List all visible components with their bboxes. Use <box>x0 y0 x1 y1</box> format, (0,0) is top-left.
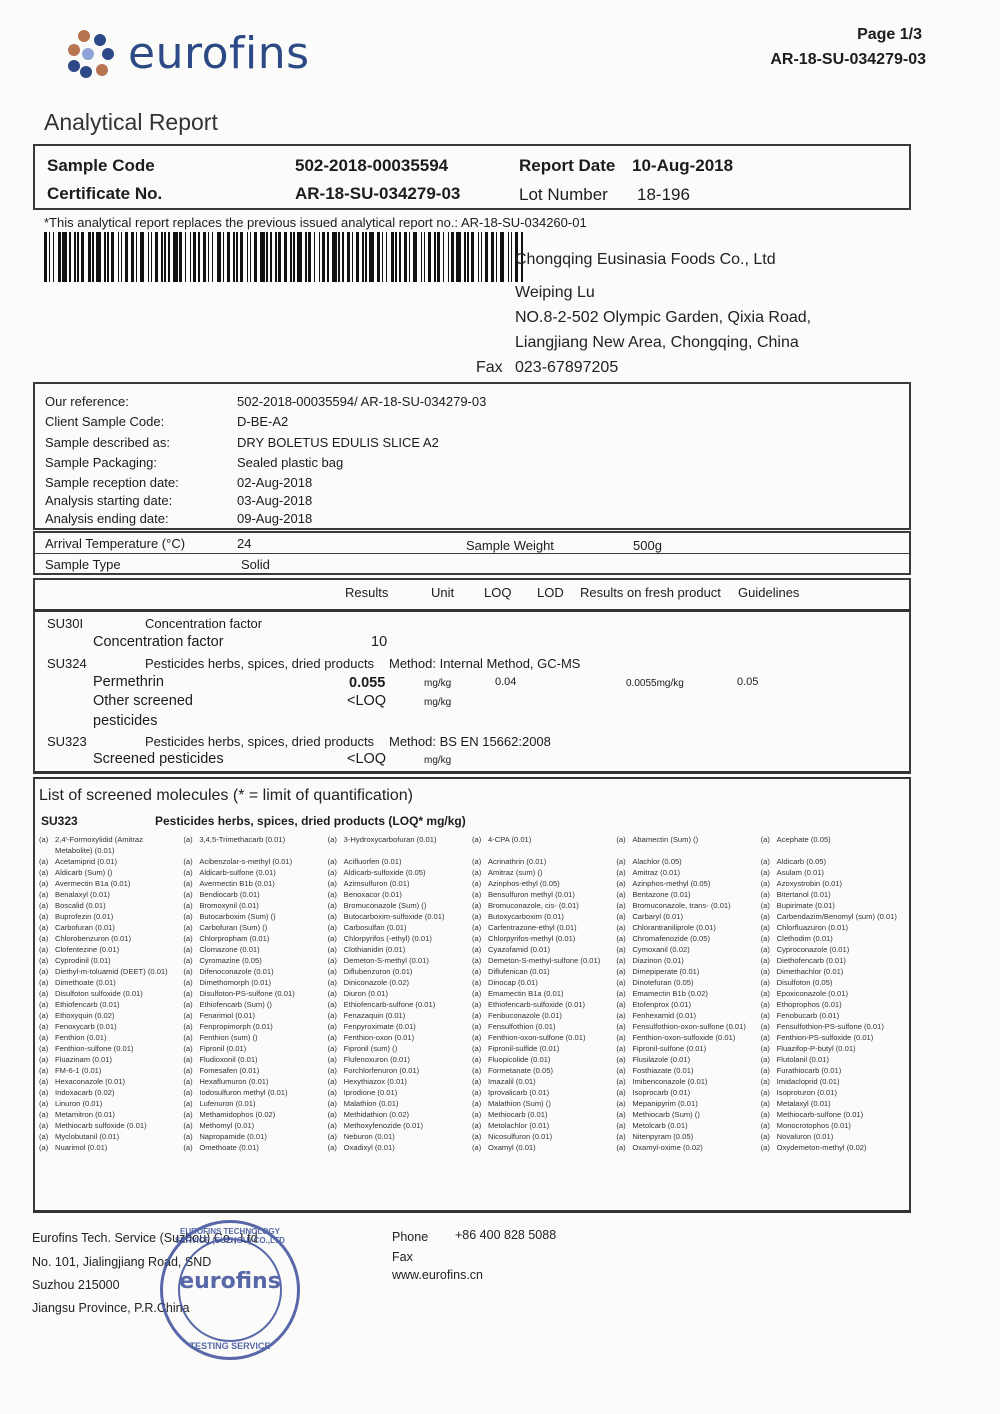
molecule-name: Azoxystrobin (0.01) <box>777 878 901 889</box>
molecule-row: (a)Boscalid (0.01)(a)Bromoxynil (0.01)(a… <box>39 900 905 911</box>
report-date-label: Report Date <box>519 156 615 176</box>
molecule-name: Fenobucarb (0.01) <box>777 1010 901 1021</box>
molecule-name: Disulfoton sulfoxide (0.01) <box>55 988 179 999</box>
molecule-marker: (a) <box>616 1021 632 1032</box>
molecule-name: Formetanate (0.05) <box>488 1065 612 1076</box>
molecule-item: (a)Ethiofencarb (Sum) () <box>183 999 327 1010</box>
other-screened-result: <LOQ <box>347 693 386 709</box>
molecule-marker: (a) <box>328 1043 344 1054</box>
molecule-row: (a)Hexaconazole (0.01)(a)Hexaflumuron (0… <box>39 1076 905 1087</box>
molecule-marker: (a) <box>183 977 199 988</box>
molecule-marker: (a) <box>761 977 777 988</box>
molecule-marker: (a) <box>472 1065 488 1076</box>
molecule-item: (a)Azoxystrobin (0.01) <box>761 878 905 889</box>
col-fresh-product: Results on fresh product <box>580 585 721 600</box>
molecule-name: Fenhexamid (0.01) <box>632 1010 756 1021</box>
molecule-marker: (a) <box>328 933 344 944</box>
sample-info-value: D-BE-A2 <box>237 414 288 429</box>
molecule-item: (a)Iprovalicarb (0.01) <box>472 1087 616 1098</box>
molecule-item: (a)Imibenconazole (0.01) <box>616 1076 760 1087</box>
molecule-name: Fipronil-sulfone (0.01) <box>632 1043 756 1054</box>
molecule-name: Ethiofencarb-sulfoxide (0.01) <box>488 999 612 1010</box>
molecule-marker: (a) <box>616 856 632 867</box>
molecule-item: (a)Demeton-S-methyl (0.01) <box>328 955 472 966</box>
molecule-marker: (a) <box>472 955 488 966</box>
molecule-item: (a)Cyprodinil (0.01) <box>39 955 183 966</box>
molecule-marker: (a) <box>183 878 199 889</box>
molecule-marker: (a) <box>183 1087 199 1098</box>
molecule-marker: (a) <box>472 1131 488 1142</box>
permethrin-unit: mg/kg <box>424 678 451 689</box>
molecule-marker: (a) <box>183 922 199 933</box>
molecule-row: (a)Fenthion-sulfone (0.01)(a)Fipronil (0… <box>39 1043 905 1054</box>
molecule-name: Oxydemeton-methyl (0.02) <box>777 1142 901 1153</box>
molecule-name: Emamectin B1a (0.01) <box>488 988 612 999</box>
su301-desc: Concentration factor <box>145 616 262 631</box>
molecule-name: Dimepiperate (0.01) <box>632 966 756 977</box>
molecule-marker: (a) <box>328 1142 344 1153</box>
arrival-temp-label: Arrival Temperature (°C) <box>45 536 185 551</box>
molecule-name: Aldicarb (Sum) () <box>55 867 179 878</box>
molecule-item: (a)4-CPA (0.01) <box>472 834 616 856</box>
molecule-marker: (a) <box>616 1076 632 1087</box>
molecule-item: (a)Furathiocarb (0.01) <box>761 1065 905 1076</box>
molecule-marker: (a) <box>39 878 55 889</box>
sample-info-value: 03-Aug-2018 <box>237 493 312 508</box>
molecule-name: Isoproturon (0.01) <box>777 1087 901 1098</box>
molecule-marker: (a) <box>761 1131 777 1142</box>
certificate-label: Certificate No. <box>47 184 162 204</box>
molecule-item: (a)Diethofencarb (0.01) <box>761 955 905 966</box>
molecule-item: (a)3,4,5-Trimethacarb (0.01) <box>183 834 327 856</box>
concentration-factor-result: 10 <box>371 634 387 650</box>
molecule-marker: (a) <box>472 856 488 867</box>
molecule-name: Fenoxycarb (0.01) <box>55 1021 179 1032</box>
molecule-marker: (a) <box>472 1087 488 1098</box>
stamp-bottom-text: TESTING SERVICE <box>163 1341 297 1351</box>
molecule-name: Fipronil (sum) () <box>344 1043 468 1054</box>
molecule-name: Diniconazole (0.02) <box>344 977 468 988</box>
molecule-name: Imibenconazole (0.01) <box>632 1076 756 1087</box>
molecule-marker: (a) <box>39 955 55 966</box>
molecule-name: Diuron (0.01) <box>344 988 468 999</box>
molecule-marker: (a) <box>39 1131 55 1142</box>
molecule-item: (a)Cymoxanil (0.02) <box>616 944 760 955</box>
molecule-name: Chlorfluazuron (0.01) <box>777 922 901 933</box>
summary-box: Sample Code 502-2018-00035594 Report Dat… <box>33 144 911 210</box>
molecule-name: Acibenzolar-s-methyl (0.01) <box>199 856 323 867</box>
molecule-item: (a)Iprodione (0.01) <box>328 1087 472 1098</box>
molecule-name: Fipronil-sulfide (0.01) <box>488 1043 612 1054</box>
molecule-item: (a)Mepanipyrim (0.01) <box>616 1098 760 1109</box>
client-fax: 023-67897205 <box>515 359 618 377</box>
molecule-marker: (a) <box>39 1021 55 1032</box>
molecule-row: (a)Avermectin B1a (0.01)(a)Avermectin B1… <box>39 878 905 889</box>
sample-type-value: Solid <box>241 557 270 572</box>
molecule-marker: (a) <box>761 1076 777 1087</box>
screened-pesticides-unit: mg/kg <box>424 755 451 766</box>
molecule-marker: (a) <box>472 878 488 889</box>
molecule-name: Dinotefuran (0.05) <box>632 977 756 988</box>
molecule-name: Clethodim (0.01) <box>777 933 901 944</box>
molecule-marker: (a) <box>39 1098 55 1109</box>
molecule-marker: (a) <box>616 966 632 977</box>
molecule-item: (a)Ethoprophos (0.01) <box>761 999 905 1010</box>
molecule-marker: (a) <box>616 834 632 856</box>
certificate-value: AR-18-SU-034279-03 <box>295 184 460 204</box>
molecule-name: Novaluron (0.01) <box>777 1131 901 1142</box>
molecule-name: Myclobutanil (0.01) <box>55 1131 179 1142</box>
molecule-marker: (a) <box>616 1087 632 1098</box>
molecule-marker: (a) <box>761 1109 777 1120</box>
molecule-marker: (a) <box>472 922 488 933</box>
client-fax-label: Fax <box>476 359 503 377</box>
molecule-marker: (a) <box>616 933 632 944</box>
molecule-marker: (a) <box>616 1043 632 1054</box>
molecule-item: (a)Clofentezine (0.01) <box>39 944 183 955</box>
molecule-item: (a)Bitertanol (0.01) <box>761 889 905 900</box>
molecule-item: (a)Diflubenzuron (0.01) <box>328 966 472 977</box>
molecule-item: (a)Disulfoton-PS-sulfone (0.01) <box>183 988 327 999</box>
molecule-item: (a)Monocrotophos (0.01) <box>761 1120 905 1131</box>
molecule-marker: (a) <box>328 999 344 1010</box>
molecule-item: (a)Ethiofencarb-sulfone (0.01) <box>328 999 472 1010</box>
molecule-name: Carbofuran (Sum) () <box>199 922 323 933</box>
molecule-item: (a)Difenoconazole (0.01) <box>183 966 327 977</box>
molecule-name: Azinphos-methyl (0.05) <box>632 878 756 889</box>
molecule-item: (a)Methiocarb (0.01) <box>472 1109 616 1120</box>
molecule-marker: (a) <box>616 867 632 878</box>
molecule-marker: (a) <box>761 1120 777 1131</box>
molecule-name: Ethiofencarb (Sum) () <box>199 999 323 1010</box>
molecule-marker: (a) <box>39 999 55 1010</box>
su323-desc: Pesticides herbs, spices, dried products <box>145 734 374 749</box>
molecule-name: Fenthion-sulfone (0.01) <box>55 1043 179 1054</box>
molecule-marker: (a) <box>472 977 488 988</box>
molecule-item: (a)Methamidophos (0.02) <box>183 1109 327 1120</box>
molecule-marker: (a) <box>39 966 55 977</box>
molecule-marker: (a) <box>616 1010 632 1021</box>
molecule-item: (a)Aldicarb (0.05) <box>761 856 905 867</box>
molecule-item: (a)Azinphos-ethyl (0.05) <box>472 878 616 889</box>
molecule-name: Methoxyfenozide (0.01) <box>344 1120 468 1131</box>
molecule-marker: (a) <box>761 966 777 977</box>
molecule-name: Hexaflumuron (0.01) <box>199 1076 323 1087</box>
molecule-name: Flufenoxuron (0.01) <box>344 1054 468 1065</box>
molecule-item: (a)Fenarimol (0.01) <box>183 1010 327 1021</box>
molecule-marker: (a) <box>39 988 55 999</box>
molecule-item: (a)Diethyl-m-toluamid (DEET) (0.01) <box>39 966 183 977</box>
molecule-name: Diethofencarb (0.01) <box>777 955 901 966</box>
molecule-marker: (a) <box>616 988 632 999</box>
molecule-name: Ethiofencarb (0.01) <box>55 999 179 1010</box>
molecule-item: (a)Alachlor (0.05) <box>616 856 760 867</box>
molecule-marker: (a) <box>472 966 488 977</box>
molecule-name: Fenthion-oxon-sulfoxide (0.01) <box>632 1032 756 1043</box>
molecule-marker: (a) <box>183 1054 199 1065</box>
molecule-item: (a)Fenazaquin (0.01) <box>328 1010 472 1021</box>
molecule-item: (a)Chlorfluazuron (0.01) <box>761 922 905 933</box>
molecule-marker: (a) <box>328 1010 344 1021</box>
molecule-item: (a)Diflufenican (0.01) <box>472 966 616 977</box>
molecule-item: (a)Demeton-S-methyl-sulfone (0.01) <box>472 955 616 966</box>
molecule-name: Oxadixyl (0.01) <box>344 1142 468 1153</box>
molecule-marker: (a) <box>328 1021 344 1032</box>
molecule-row: (a)Indoxacarb (0.02)(a)Iodosulfuron meth… <box>39 1087 905 1098</box>
molecule-row: (a)Disulfoton sulfoxide (0.01)(a)Disulfo… <box>39 988 905 999</box>
molecule-marker: (a) <box>39 944 55 955</box>
molecule-marker: (a) <box>761 911 777 922</box>
screened-pesticides-name: Screened pesticides <box>93 751 224 767</box>
molecule-item: (a)Benalaxyl (0.01) <box>39 889 183 900</box>
molecule-item: (a)Aldicarb-sulfoxide (0.05) <box>328 867 472 878</box>
molecule-marker: (a) <box>472 889 488 900</box>
molecule-marker: (a) <box>183 1109 199 1120</box>
molecule-marker: (a) <box>761 1098 777 1109</box>
molecule-marker: (a) <box>616 878 632 889</box>
molecule-marker: (a) <box>183 944 199 955</box>
molecule-marker: (a) <box>472 1010 488 1021</box>
molecule-item: (a)Clomazone (0.01) <box>183 944 327 955</box>
molecule-row: (a)2,4'-Formoxylidid (Amitraz Metabolite… <box>39 834 905 856</box>
molecule-name: Buprofezin (0.01) <box>55 911 179 922</box>
molecule-name: Disulfoton-PS-sulfone (0.01) <box>199 988 323 999</box>
molecule-marker: (a) <box>472 867 488 878</box>
molecule-marker: (a) <box>183 1142 199 1153</box>
molecule-marker: (a) <box>328 856 344 867</box>
molecule-marker: (a) <box>183 1065 199 1076</box>
arrival-temp-value: 24 <box>237 536 251 551</box>
molecule-name: Methomyl (0.01) <box>199 1120 323 1131</box>
molecule-row: (a)FM-6-1 (0.01)(a)Fomesafen (0.01)(a)Fo… <box>39 1065 905 1076</box>
molecule-name: Iodosulfuron methyl (0.01) <box>199 1087 323 1098</box>
molecule-name: Fenpyroximate (0.01) <box>344 1021 468 1032</box>
molecule-marker: (a) <box>616 977 632 988</box>
molecule-item: (a)Metolachlor (0.01) <box>472 1120 616 1131</box>
sample-weight-value: 500g <box>633 538 662 553</box>
molecule-marker: (a) <box>616 1120 632 1131</box>
molecule-name: Ethoxyquin (0.02) <box>55 1010 179 1021</box>
molecule-marker: (a) <box>761 944 777 955</box>
molecule-name: Forchlorfenuron (0.01) <box>344 1065 468 1076</box>
molecule-item: (a)Fomesafen (0.01) <box>183 1065 327 1076</box>
molecule-item: (a)Fenthion-PS-sulfoxide (0.01) <box>761 1032 905 1043</box>
molecule-item: (a)Bupirimate (0.01) <box>761 900 905 911</box>
molecule-name: Dimethomorph (0.01) <box>199 977 323 988</box>
molecule-item: (a)Asulam (0.01) <box>761 867 905 878</box>
molecule-row: (a)Myclobutanil (0.01)(a)Napropamide (0.… <box>39 1131 905 1142</box>
molecule-name: Methiocarb (Sum) () <box>632 1109 756 1120</box>
molecule-marker: (a) <box>39 1065 55 1076</box>
molecule-marker: (a) <box>328 1076 344 1087</box>
fax-label: Fax <box>392 1250 413 1264</box>
molecule-name: Disulfoton (0.05) <box>777 977 901 988</box>
molecule-name: Difenoconazole (0.01) <box>199 966 323 977</box>
molecule-name: Methamidophos (0.02) <box>199 1109 323 1120</box>
website: www.eurofins.cn <box>392 1268 483 1282</box>
molecule-name: Boscalid (0.01) <box>55 900 179 911</box>
molecule-marker: (a) <box>328 900 344 911</box>
molecule-item: (a)Carbofuran (0.01) <box>39 922 183 933</box>
molecule-marker: (a) <box>472 1076 488 1087</box>
molecule-name: Carbendazim/Benomyl (sum) (0.01) <box>777 911 901 922</box>
molecule-name: Diflubenzuron (0.01) <box>344 966 468 977</box>
molecule-marker: (a) <box>183 1032 199 1043</box>
sample-info-label: Our reference: <box>45 394 235 409</box>
molecule-item: (a)Carbofuran (Sum) () <box>183 922 327 933</box>
molecule-item: (a)Fenpyroximate (0.01) <box>328 1021 472 1032</box>
molecule-marker: (a) <box>616 1109 632 1120</box>
molecule-item: (a)Imidacloprid (0.01) <box>761 1076 905 1087</box>
molecule-row: (a)Clofentezine (0.01)(a)Clomazone (0.01… <box>39 944 905 955</box>
molecule-marker: (a) <box>616 1054 632 1065</box>
molecule-name: Metamitron (0.01) <box>55 1109 179 1120</box>
molecule-name: Fluopicolide (0.01) <box>488 1054 612 1065</box>
molecule-name: Ethoprophos (0.01) <box>777 999 901 1010</box>
molecule-item: (a)Nitenpyram (0.05) <box>616 1131 760 1142</box>
molecule-item: (a)Bentazone (0.01) <box>616 889 760 900</box>
molecule-name: Cyazofamid (0.01) <box>488 944 612 955</box>
molecule-name: Fensulfothion-PS-sulfone (0.01) <box>777 1021 901 1032</box>
molecule-item: (a)Methiocarb-sulfone (0.01) <box>761 1109 905 1120</box>
molecule-row: (a)Diethyl-m-toluamid (DEET) (0.01)(a)Di… <box>39 966 905 977</box>
molecule-marker: (a) <box>328 911 344 922</box>
molecule-row: (a)Acetamiprid (0.01)(a)Acibenzolar-s-me… <box>39 856 905 867</box>
report-reference: AR-18-SU-034279-03 <box>770 51 926 69</box>
replacement-note: *This analytical report replaces the pre… <box>44 215 587 230</box>
molecule-name: Flusilazole (0.01) <box>632 1054 756 1065</box>
molecule-marker: (a) <box>761 1142 777 1153</box>
molecule-name: Benalaxyl (0.01) <box>55 889 179 900</box>
sample-info-label: Client Sample Code: <box>45 414 235 429</box>
molecule-item: (a)Fenthion (0.01) <box>39 1032 183 1043</box>
lot-number-value: 18-196 <box>637 185 690 205</box>
molecule-name: Chromafenozide (0.05) <box>632 933 756 944</box>
molecule-row: (a)Cyprodinil (0.01)(a)Cyromazine (0.05)… <box>39 955 905 966</box>
molecule-name: Bentazone (0.01) <box>632 889 756 900</box>
molecule-name: Bromuconazole, trans- (0.01) <box>632 900 756 911</box>
results-table: SU30I Concentration factor Concentration… <box>33 612 911 774</box>
screened-molecules-box: List of screened molecules (* = limit of… <box>33 777 911 1213</box>
molecule-name: Linuron (0.01) <box>55 1098 179 1109</box>
su324-desc: Pesticides herbs, spices, dried products <box>145 656 374 671</box>
molecule-name: Bromuconazole (Sum) () <box>344 900 468 911</box>
molecule-marker: (a) <box>183 1021 199 1032</box>
molecule-item: (a)Acrinathrin (0.01) <box>472 856 616 867</box>
molecule-item: (a)Myclobutanil (0.01) <box>39 1131 183 1142</box>
molecule-item: (a)Formetanate (0.05) <box>472 1065 616 1076</box>
molecule-item: (a)Fipronil-sulfone (0.01) <box>616 1043 760 1054</box>
molecule-item: (a)Oxamyl-oxime (0.02) <box>616 1142 760 1153</box>
molecule-item: (a)Isoproturon (0.01) <box>761 1087 905 1098</box>
molecule-name: Imazalil (0.01) <box>488 1076 612 1087</box>
eurofins-logo: eurofins <box>64 28 310 80</box>
molecule-item: (a)Ethiofencarb-sulfoxide (0.01) <box>472 999 616 1010</box>
molecule-name: Fensulfothion-oxon-sulfone (0.01) <box>632 1021 756 1032</box>
molecule-name: Cymoxanil (0.02) <box>632 944 756 955</box>
molecule-item: (a)Dimepiperate (0.01) <box>616 966 760 977</box>
barcode <box>44 232 566 282</box>
molecule-marker: (a) <box>39 1120 55 1131</box>
col-guidelines: Guidelines <box>738 585 799 600</box>
molecule-marker: (a) <box>472 834 488 856</box>
molecule-item: (a)Acibenzolar-s-methyl (0.01) <box>183 856 327 867</box>
col-lod: LOD <box>537 585 564 600</box>
molecule-marker: (a) <box>616 955 632 966</box>
molecule-name: Alachlor (0.05) <box>632 856 756 867</box>
molecule-item: (a)Ethoxyquin (0.02) <box>39 1010 183 1021</box>
molecule-item: (a)Flutolanil (0.01) <box>761 1054 905 1065</box>
molecule-item: (a)Iodosulfuron methyl (0.01) <box>183 1087 327 1098</box>
molecule-name: Bupirimate (0.01) <box>777 900 901 911</box>
molecule-item: (a)Disulfoton sulfoxide (0.01) <box>39 988 183 999</box>
molecule-marker: (a) <box>183 999 199 1010</box>
molecule-name: Cyromazine (0.05) <box>199 955 323 966</box>
molecule-name: Amitraz (sum) () <box>488 867 612 878</box>
molecule-marker: (a) <box>183 1098 199 1109</box>
molecule-marker: (a) <box>183 988 199 999</box>
molecule-item: (a)Metamitron (0.01) <box>39 1109 183 1120</box>
molecule-marker: (a) <box>616 889 632 900</box>
molecule-marker: (a) <box>616 944 632 955</box>
other-screened-name2: pesticides <box>93 713 157 729</box>
molecule-name: Avermectin B1b (0.01) <box>199 878 323 889</box>
molecule-item: (a)Linuron (0.01) <box>39 1098 183 1109</box>
molecule-name: Flutolanil (0.01) <box>777 1054 901 1065</box>
molecule-marker: (a) <box>616 999 632 1010</box>
molecule-item: (a)2,4'-Formoxylidid (Amitraz Metabolite… <box>39 834 183 856</box>
molecule-row: (a)Benalaxyl (0.01)(a)Bendiocarb (0.01)(… <box>39 889 905 900</box>
molecule-item: (a)Metalaxyl (0.01) <box>761 1098 905 1109</box>
molecule-item: (a)Diazinon (0.01) <box>616 955 760 966</box>
molecule-item: (a)Forchlorfenuron (0.01) <box>328 1065 472 1076</box>
molecule-marker: (a) <box>39 1076 55 1087</box>
molecule-marker: (a) <box>472 900 488 911</box>
molecule-marker: (a) <box>761 999 777 1010</box>
molecule-item: (a)FM-6-1 (0.01) <box>39 1065 183 1076</box>
molecule-name: Malathion (0.01) <box>344 1098 468 1109</box>
molecule-name: Nitenpyram (0.05) <box>632 1131 756 1142</box>
molecule-marker: (a) <box>328 988 344 999</box>
molecule-item: (a)Abamectin (Sum) () <box>616 834 760 856</box>
molecule-item: (a)Diniconazole (0.02) <box>328 977 472 988</box>
molecule-row: (a)Buprofezin (0.01)(a)Butocarboxim (Sum… <box>39 911 905 922</box>
molecule-marker: (a) <box>183 889 199 900</box>
molecule-marker: (a) <box>39 1054 55 1065</box>
molecule-item: (a)Neburon (0.01) <box>328 1131 472 1142</box>
molecule-item: (a)Benoxacor (0.01) <box>328 889 472 900</box>
molecule-name: Diethyl-m-toluamid (DEET) (0.01) <box>55 966 179 977</box>
screened-pesticides-result: <LOQ <box>347 751 386 767</box>
molecule-marker: (a) <box>328 1032 344 1043</box>
molecule-item: (a)Bromoxynil (0.01) <box>183 900 327 911</box>
molecule-marker: (a) <box>761 988 777 999</box>
molecule-name: Omethoate (0.01) <box>199 1142 323 1153</box>
molecule-name: Bitertanol (0.01) <box>777 889 901 900</box>
stamp-center-text: eurofins <box>163 1269 297 1294</box>
sample-info-value: Sealed plastic bag <box>237 455 343 470</box>
molecule-marker: (a) <box>328 1109 344 1120</box>
sample-info-label: Sample Packaging: <box>45 455 235 470</box>
molecule-marker: (a) <box>39 911 55 922</box>
molecule-name: Fenthion (sum) () <box>199 1032 323 1043</box>
molecule-name: Dinocap (0.01) <box>488 977 612 988</box>
molecule-name: Methidathion (0.02) <box>344 1109 468 1120</box>
molecule-name: Bendiocarb (0.01) <box>199 889 323 900</box>
permethrin-name: Permethrin <box>93 674 164 690</box>
molecule-item: (a)Fluazifop-P-butyl (0.01) <box>761 1043 905 1054</box>
molecule-marker: (a) <box>761 878 777 889</box>
